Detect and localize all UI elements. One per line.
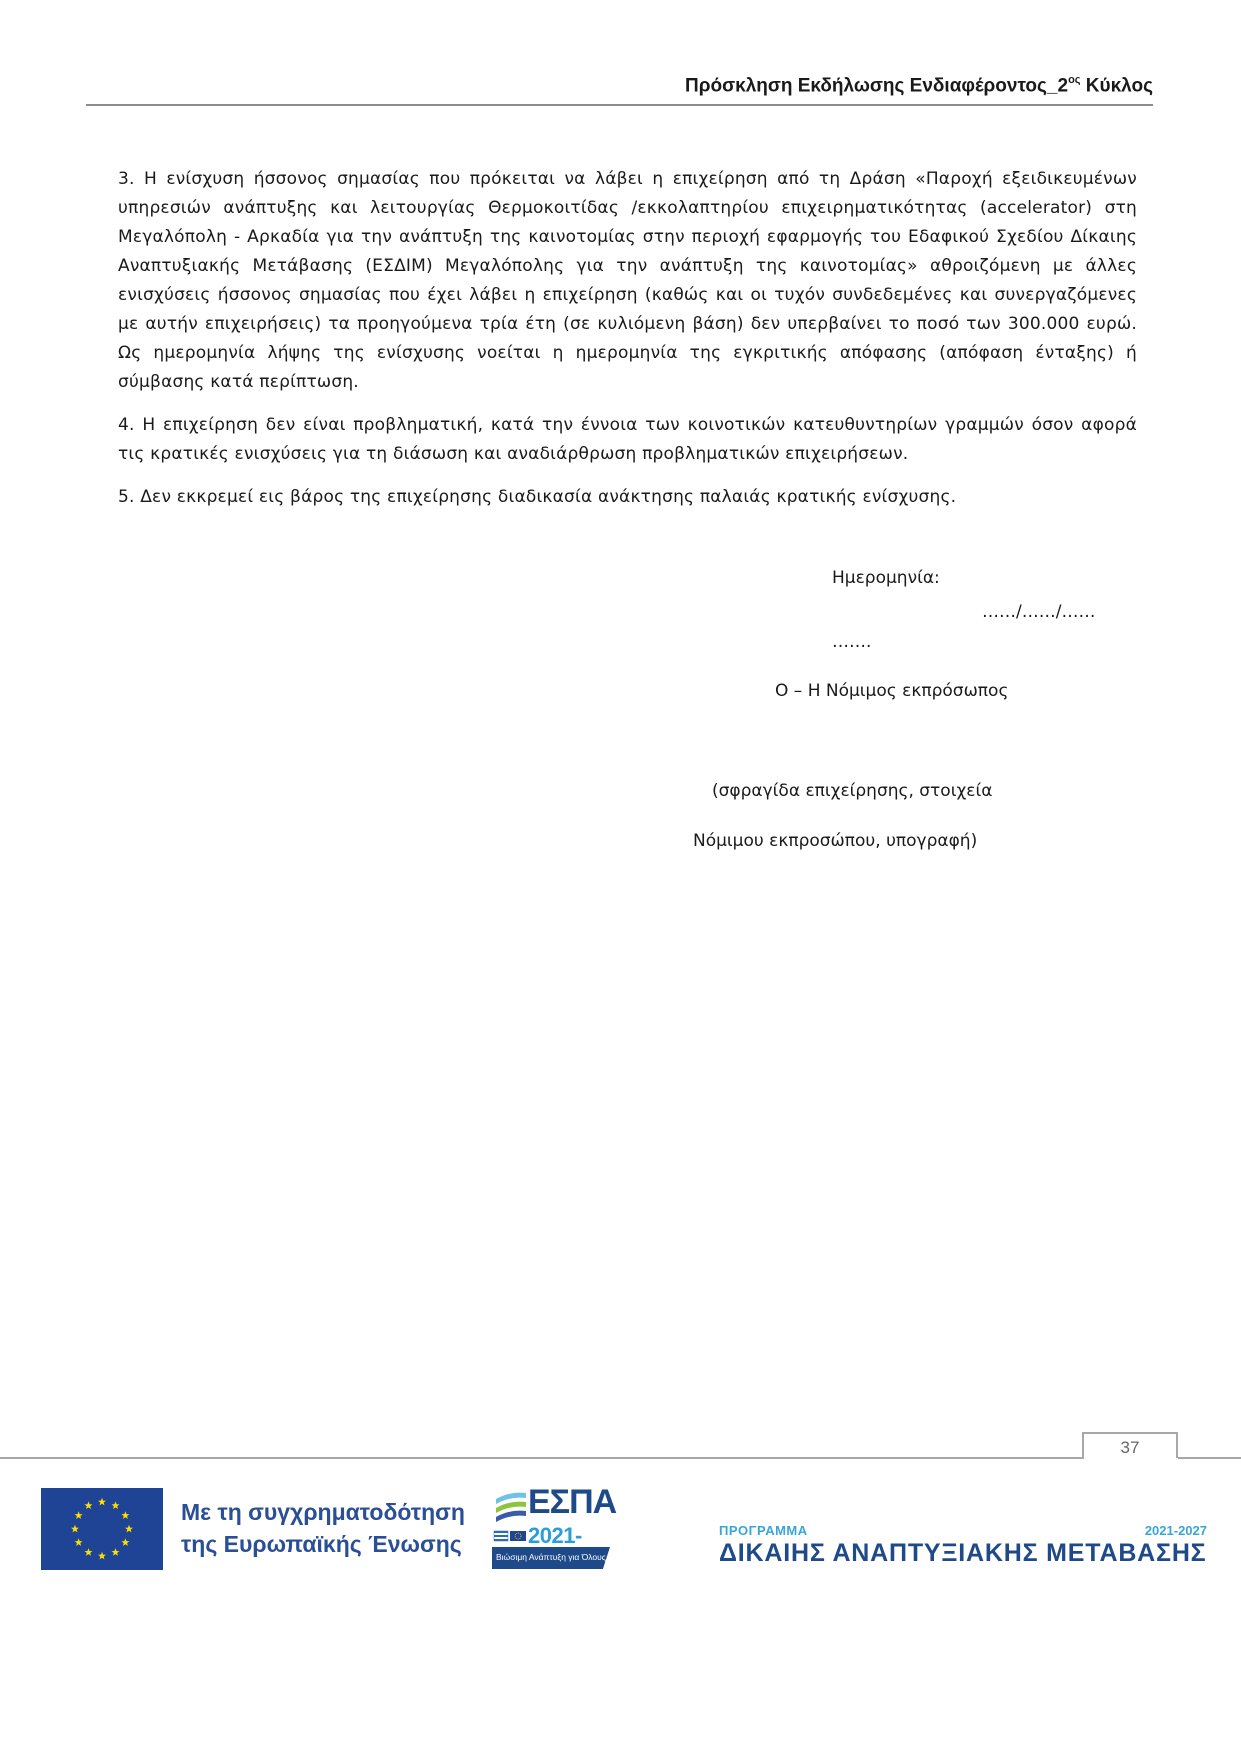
eu-text-line2: της Ευρωπαϊκής Ένωσης bbox=[181, 1528, 465, 1560]
eu-cofunding-text: Με τη συγχρηματοδότηση της Ευρωπαϊκής Έν… bbox=[181, 1496, 465, 1560]
document-header-title: Πρόσκληση Εκδήλωσης Ενδιαφέροντος_2ος Κύ… bbox=[685, 75, 1153, 97]
header-title-end: Κύκλος bbox=[1081, 75, 1153, 96]
date-blank-continuation: ……. bbox=[832, 632, 871, 652]
header-title-main: Πρόσκληση Εκδήλωσης Ενδιαφέροντος_2 bbox=[685, 75, 1068, 96]
page-number: 37 bbox=[1084, 1438, 1176, 1458]
espa-slogan: Βιώσιμη Ανάπτυξη για Όλους bbox=[496, 1552, 606, 1562]
footer-divider-right bbox=[1178, 1457, 1241, 1459]
program-label: ΠΡΟΓΡΑΜΜΑ bbox=[719, 1523, 1207, 1538]
legal-representative-label: Ο – Η Νόμιμος εκπρόσωπος bbox=[775, 681, 1008, 701]
page-number-tab: 37 bbox=[1082, 1432, 1178, 1458]
date-blank-field: ……/……/…… bbox=[982, 602, 1095, 622]
program-logo: ΠΡΟΓΡΑΜΜΑ 2021-2027 ΔΙΚΑΙΗΣ ΑΝΑΠΤΥΞΙΑΚΗΣ… bbox=[719, 1523, 1207, 1568]
header-divider bbox=[86, 104, 1153, 106]
date-label: Ημερομηνία: bbox=[832, 568, 940, 588]
espa-waves-icon bbox=[492, 1489, 528, 1545]
footer-divider-left bbox=[0, 1457, 1084, 1459]
program-years: 2021-2027 bbox=[1145, 1523, 1207, 1538]
paragraph-3: 3. Η ενίσχυση ήσσονος σημασίας που πρόκε… bbox=[118, 165, 1137, 397]
document-body: 3. Η ενίσχυση ήσσονος σημασίας που πρόκε… bbox=[118, 165, 1137, 526]
espa-slogan-banner: Βιώσιμη Ανάπτυξη για Όλους bbox=[492, 1547, 610, 1569]
eu-flag-icon bbox=[41, 1488, 163, 1570]
header-title-superscript: ος bbox=[1068, 74, 1080, 86]
signature-note-line2: Νόμιμου εκπροσώπου, υπογραφή) bbox=[693, 831, 977, 851]
eu-text-line1: Με τη συγχρηματοδότηση bbox=[181, 1496, 465, 1528]
paragraph-4: 4. Η επιχείρηση δεν είναι προβληματική, … bbox=[118, 411, 1137, 469]
paragraph-5: 5. Δεν εκκρεμεί εις βάρος της επιχείρηση… bbox=[118, 483, 1137, 512]
espa-wordmark: ΕΣΠΑ bbox=[528, 1483, 616, 1522]
signature-note-line1: (σφραγίδα επιχείρησης, στοιχεία bbox=[712, 781, 992, 801]
espa-logo: ΕΣΠΑ 2021-2027 Βιώσιμη Ανάπτυξη για Όλου… bbox=[492, 1487, 616, 1571]
program-name: ΔΙΚΑΙΗΣ ΑΝΑΠΤΥΞΙΑΚΗΣ ΜΕΤΑΒΑΣΗΣ bbox=[719, 1539, 1207, 1568]
